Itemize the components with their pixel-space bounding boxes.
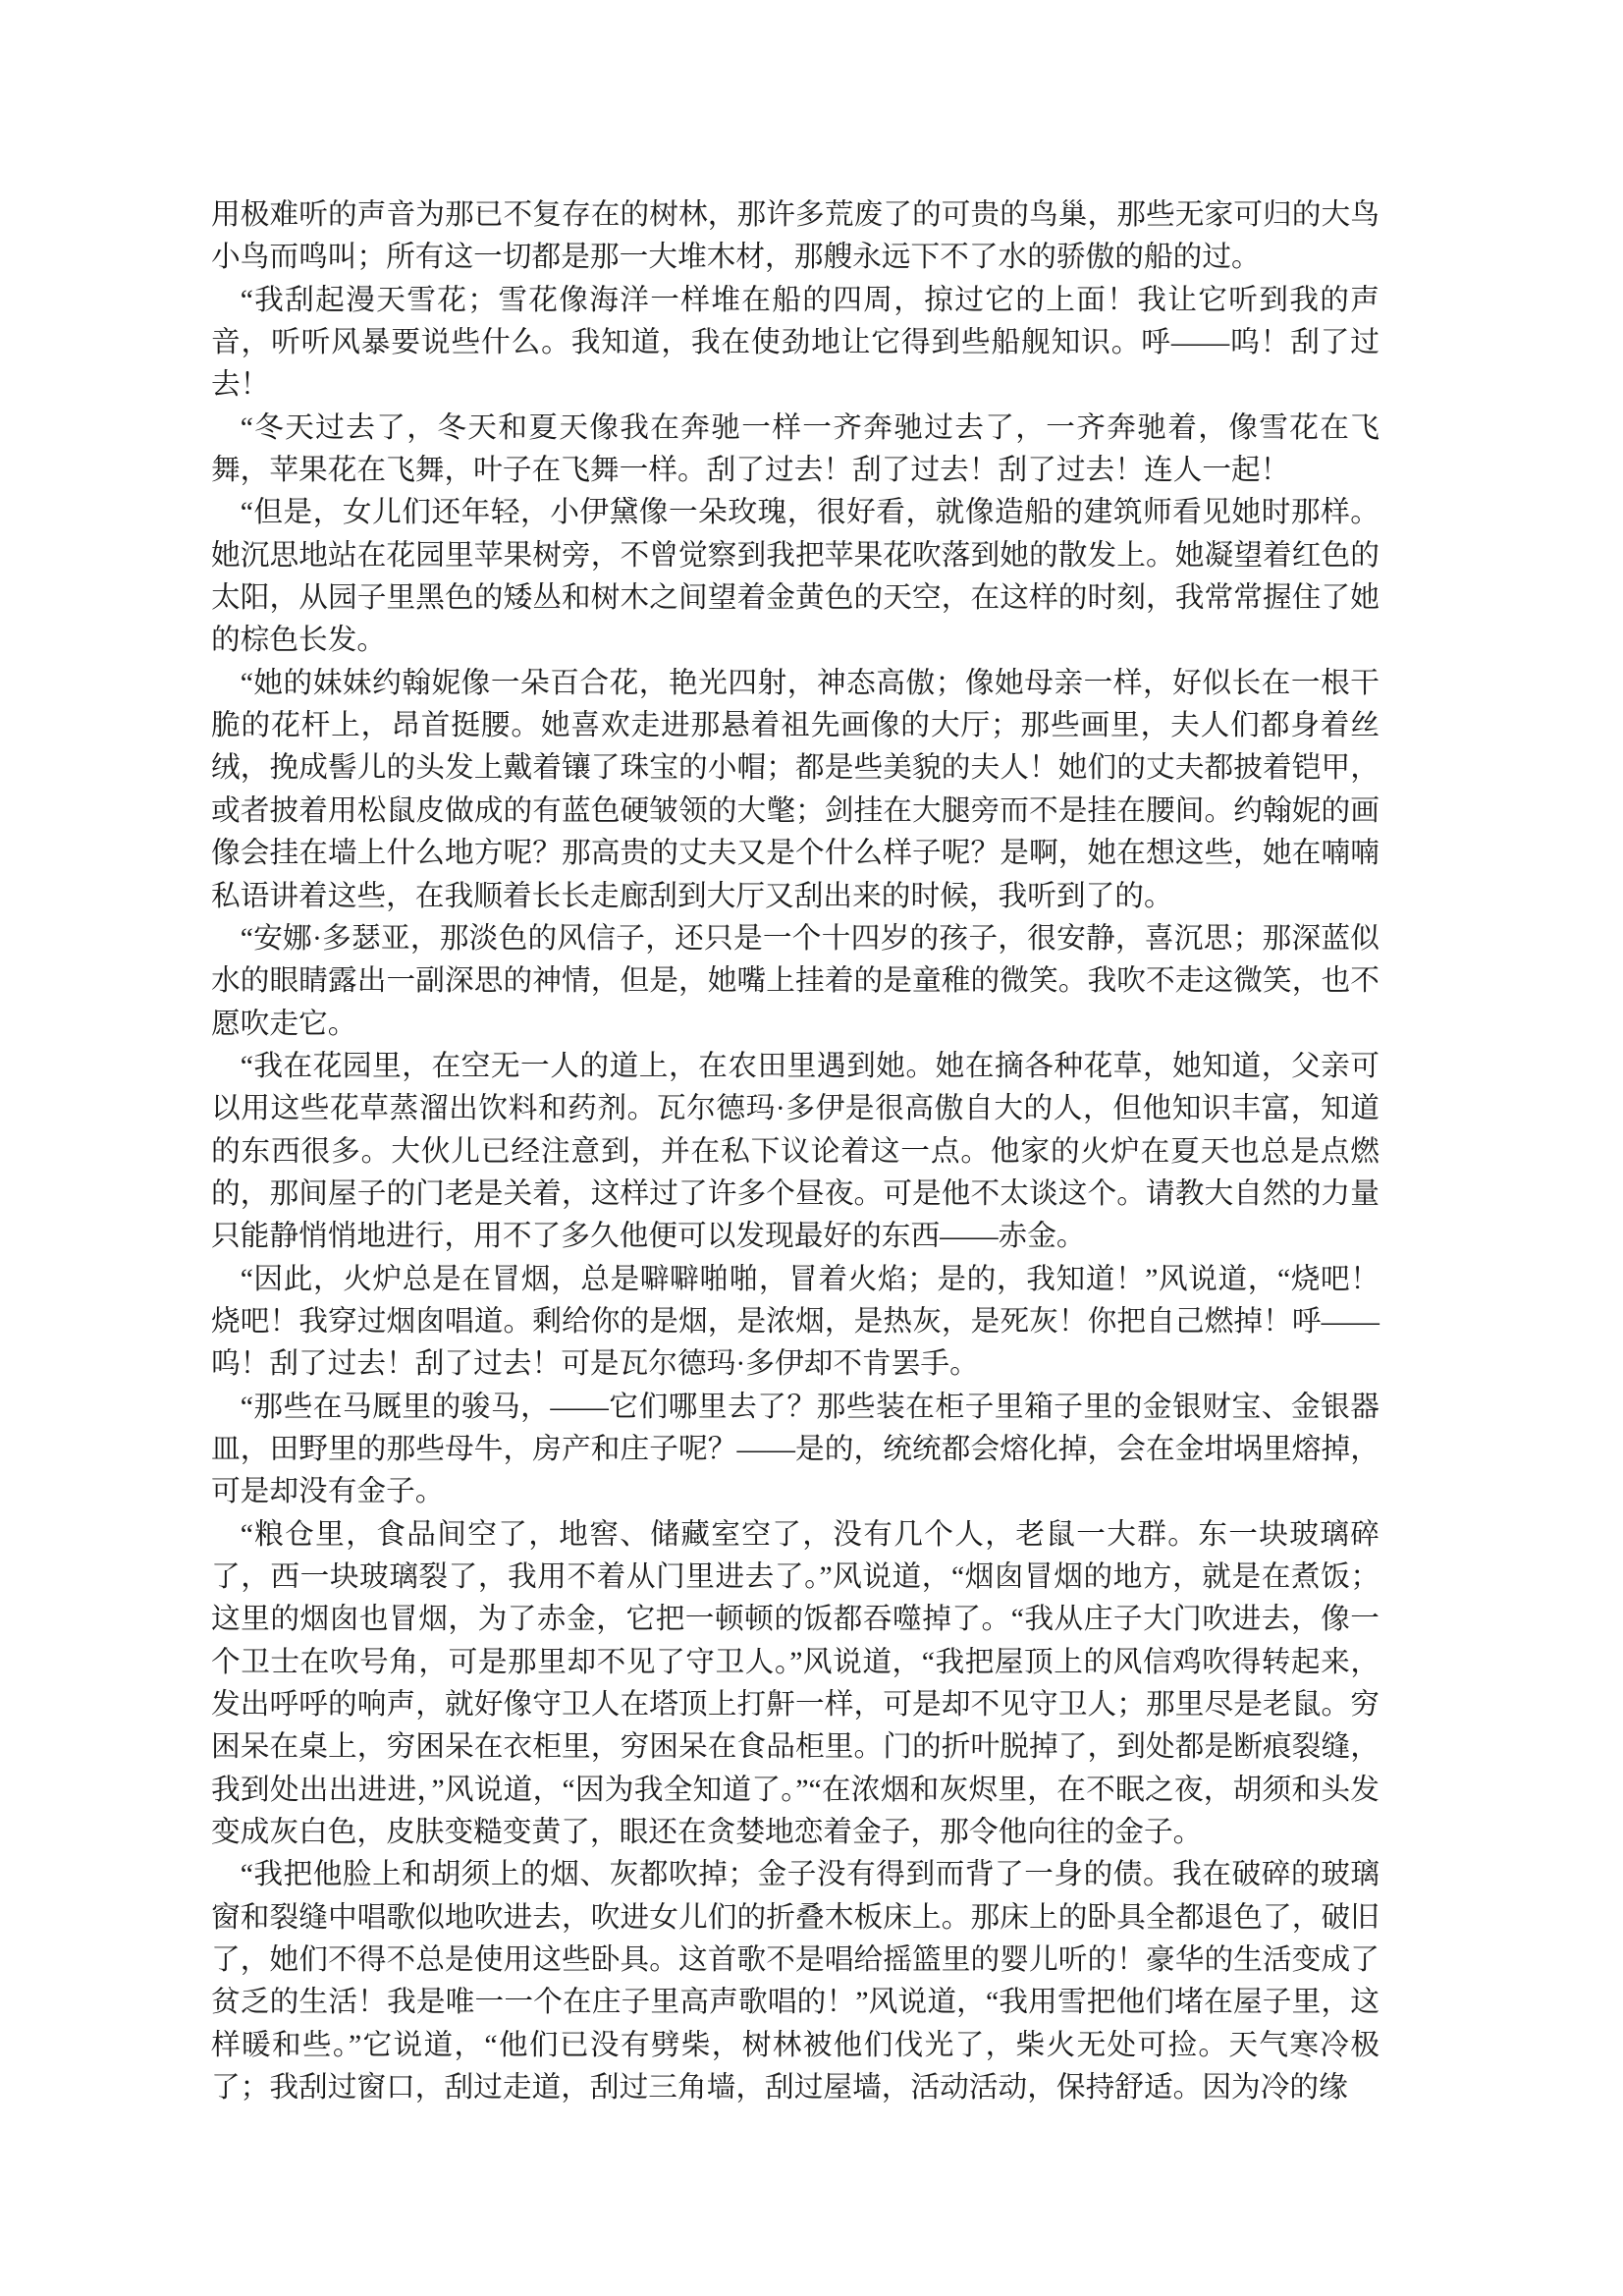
- paragraph: “我把他脸上和胡须上的烟、灰都吹掉；金子没有得到而背了一身的债。我在破碎的玻璃窗…: [211, 1854, 1380, 2109]
- paragraph: “粮仓里，食品间空了，地窖、储藏室空了，没有几个人，老鼠一大群。东一块玻璃碎了，…: [211, 1514, 1380, 1855]
- paragraph: 用极难听的声音为那已不复存在的树林，那许多荒废了的可贵的鸟巢，那些无家可归的大鸟…: [211, 194, 1380, 280]
- paragraph: “我刮起漫天雪花；雪花像海洋一样堆在船的四周，掠过它的上面！我让它听到我的声音，…: [211, 280, 1380, 408]
- paragraph: “那些在马厩里的骏马，——它们哪里去了？那些装在柜子里箱子里的金银财宝、金银器皿…: [211, 1387, 1380, 1514]
- paragraph: “我在花园里，在空无一人的道上，在农田里遇到她。她在摘各种花草，她知道，父亲可以…: [211, 1046, 1380, 1259]
- paragraph: “安娜·多瑟亚，那淡色的风信子，还只是一个十四岁的孩子，很安静，喜沉思；那深蓝似…: [211, 918, 1380, 1046]
- paragraph: “冬天过去了，冬天和夏天像我在奔驰一样一齐奔驰过去了，一齐奔驰着，像雪花在飞舞，…: [211, 408, 1380, 493]
- paragraph: “因此，火炉总是在冒烟，总是噼噼啪啪，冒着火焰；是的，我知道！”风说道，“烧吧！…: [211, 1259, 1380, 1387]
- document-page: 用极难听的声音为那已不复存在的树林，那许多荒废了的可贵的鸟巢，那些无家可归的大鸟…: [0, 0, 1623, 2296]
- paragraph: “但是，女儿们还年轻，小伊黛像一朵玫瑰，很好看，就像造船的建筑师看见她时那样。她…: [211, 492, 1380, 662]
- text-content: 用极难听的声音为那已不复存在的树林，那许多荒废了的可贵的鸟巢，那些无家可归的大鸟…: [211, 194, 1380, 2109]
- paragraph: “她的妹妹约翰妮像一朵百合花，艳光四射，神态高傲；像她母亲一样，好似长在一根干脆…: [211, 663, 1380, 918]
